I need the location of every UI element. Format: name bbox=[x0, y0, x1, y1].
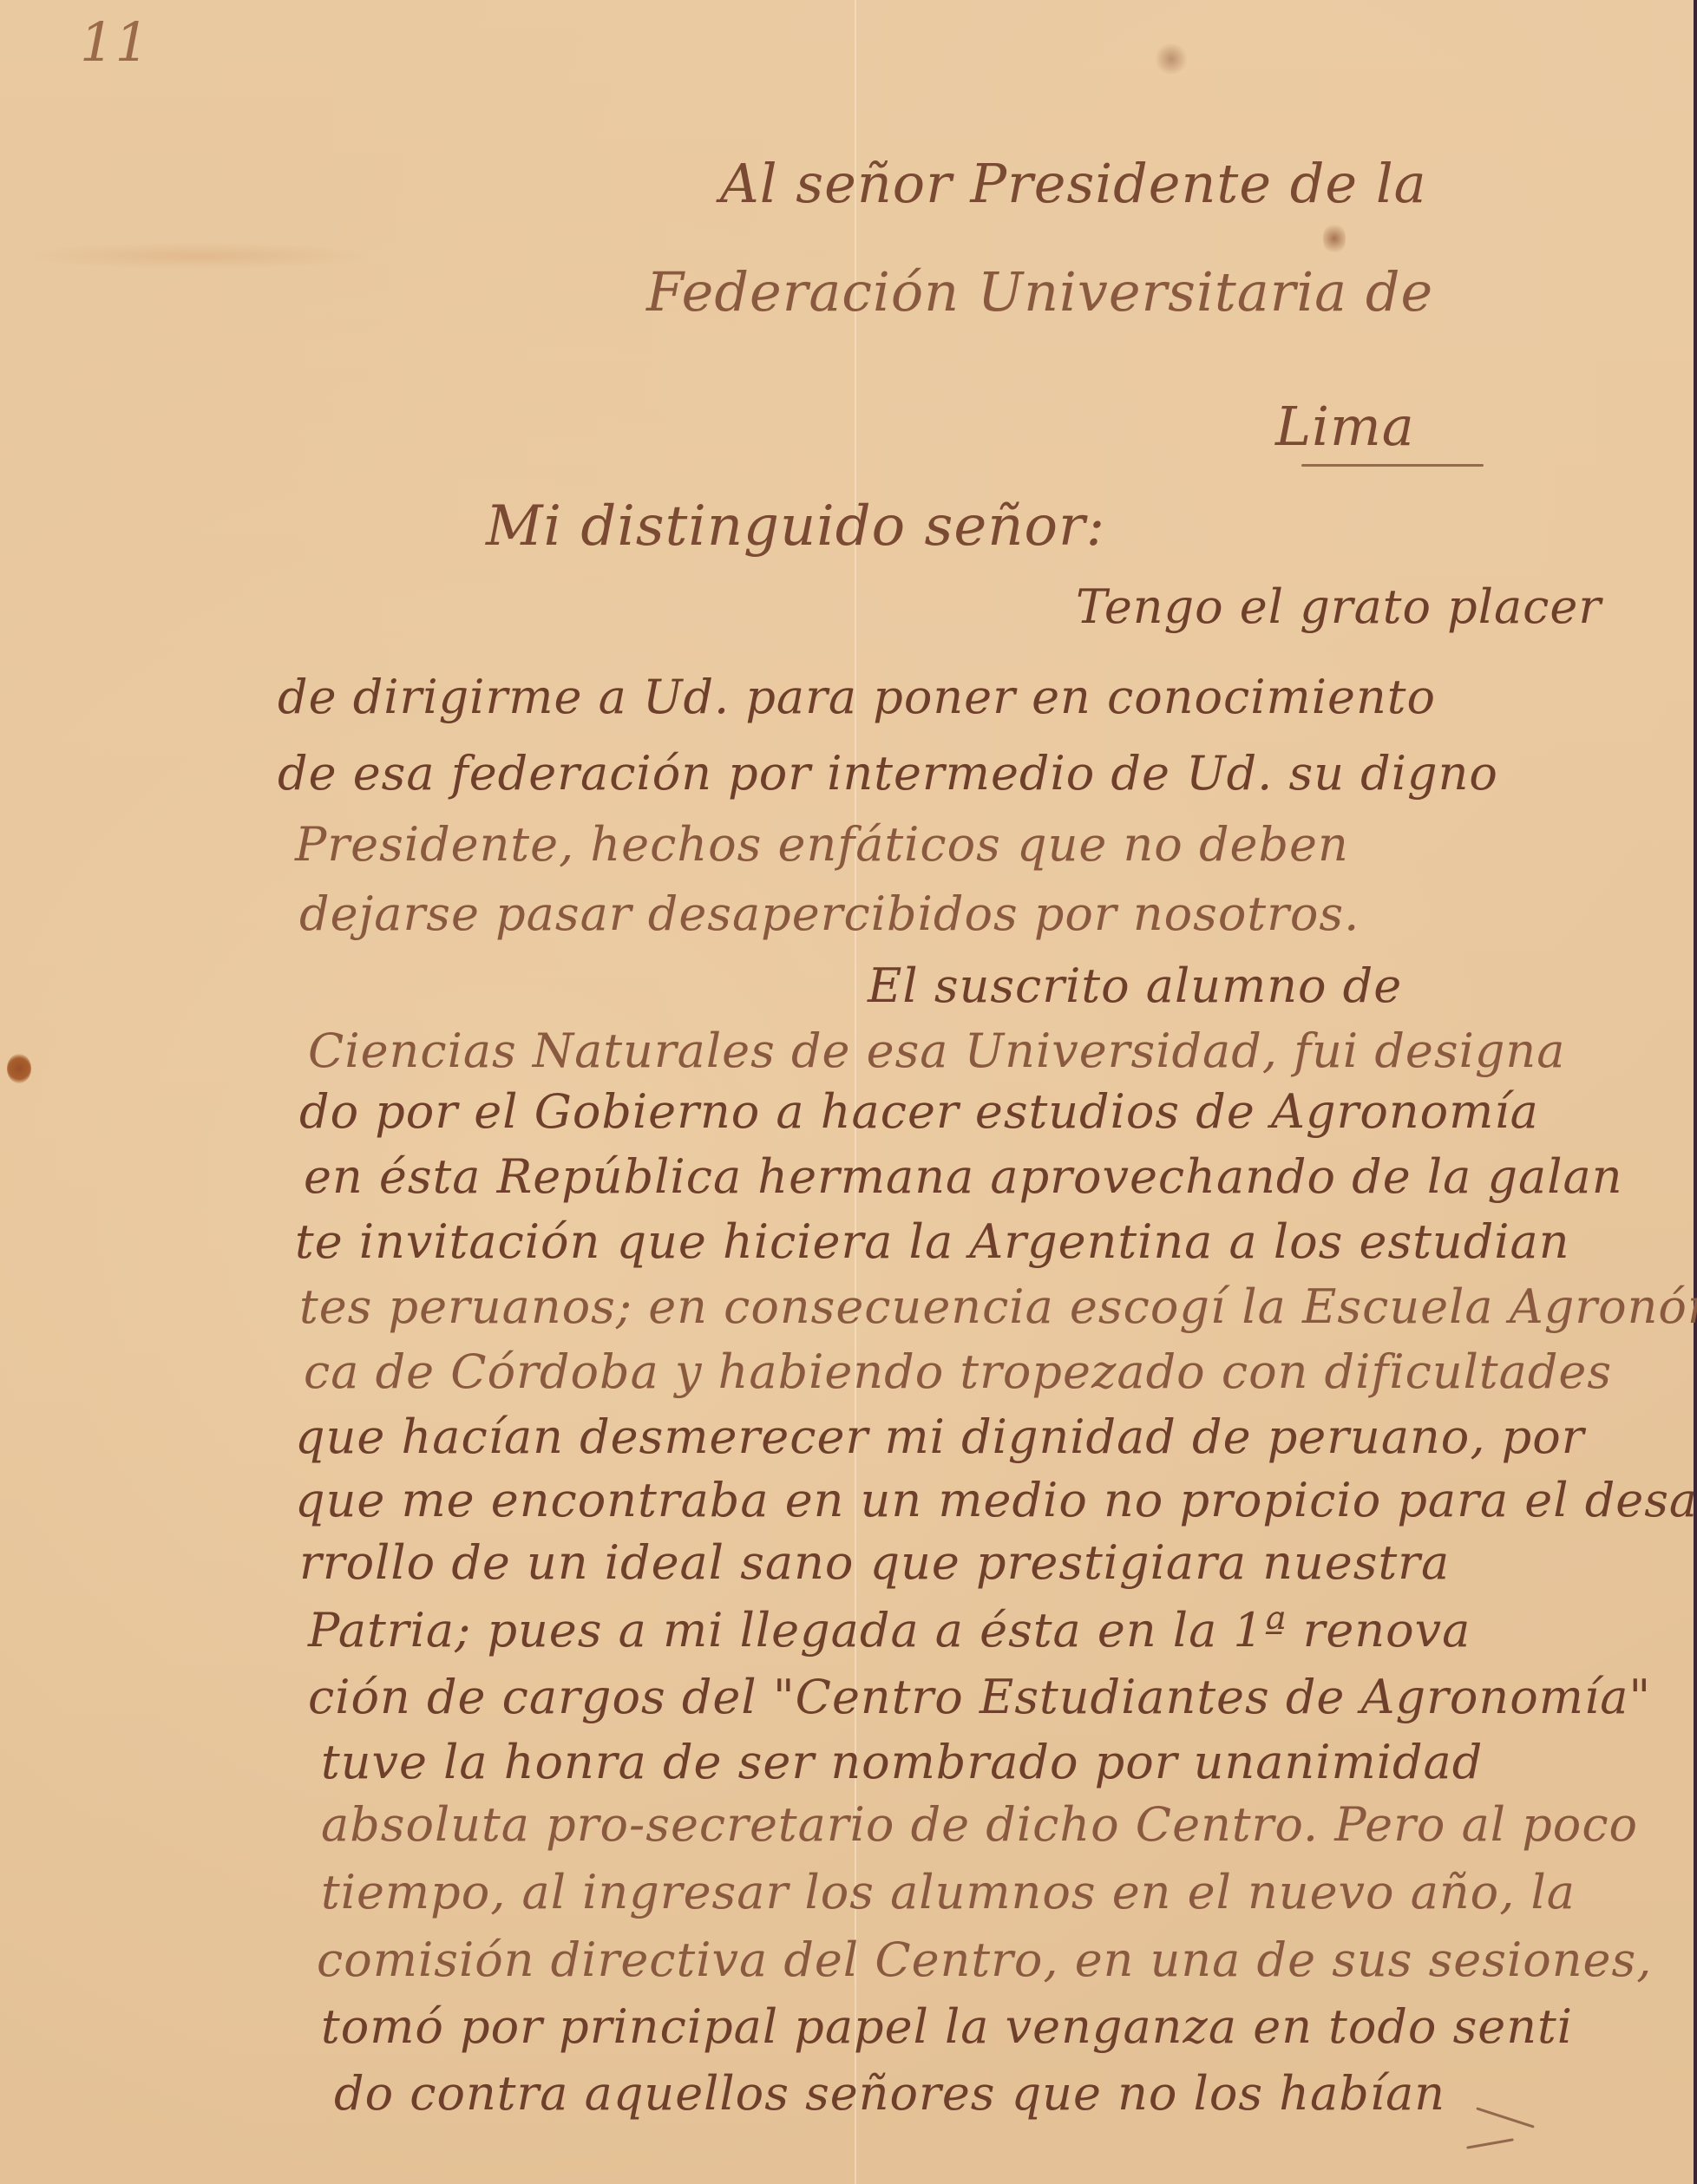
body-line: tes peruanos; en consecuencia escogí la … bbox=[299, 1279, 1697, 1334]
address-line-1: Al señor Presidente de la bbox=[720, 152, 1427, 215]
address-line-2: Federación Universitaria de bbox=[646, 260, 1433, 324]
body-line: tuve la honra de ser nombrado por unanim… bbox=[321, 1735, 1483, 1789]
body-line: Patria; pues a mi llegada a ésta en la 1… bbox=[308, 1603, 1471, 1658]
body-line: comisión directiva del Centro, en una de… bbox=[317, 1932, 1652, 1987]
body-line: te invitación que hiciera la Argentina a… bbox=[295, 1214, 1570, 1269]
body-line: de esa federación por intermedio de Ud. … bbox=[278, 746, 1498, 801]
page-number: 11 bbox=[80, 10, 150, 74]
body-line: absoluta pro-secretario de dicho Centro.… bbox=[321, 1797, 1638, 1852]
body-line: en ésta República hermana aprovechando d… bbox=[304, 1149, 1623, 1204]
body-line: que hacían desmerecer mi dignidad de per… bbox=[295, 1409, 1585, 1464]
body-line: ción de cargos del "Centro Estudiantes d… bbox=[308, 1670, 1651, 1724]
underline-stroke bbox=[1301, 464, 1484, 467]
body-line: El suscrito alumno de bbox=[868, 958, 1402, 1013]
body-line: ca de Córdoba y habiendo tropezado con d… bbox=[304, 1344, 1612, 1399]
body-line: do por el Gobierno a hacer estudios de A… bbox=[299, 1084, 1539, 1139]
page-edge bbox=[1694, 0, 1697, 2184]
ink-stain bbox=[1323, 221, 1346, 256]
paper-discoloration bbox=[35, 243, 364, 269]
address-line-3: Lima bbox=[1275, 395, 1415, 458]
pen-stroke bbox=[1476, 2107, 1535, 2128]
body-line: Presidente, hechos enfáticos que no debe… bbox=[295, 817, 1349, 872]
body-line: do contra aquellos señores que no los ha… bbox=[334, 2066, 1445, 2121]
body-line: tomó por principal papel la venganza en … bbox=[321, 1999, 1573, 2054]
body-line: Ciencias Naturales de esa Universidad, f… bbox=[308, 1023, 1565, 1078]
body-line: que me encontraba en un medio no propici… bbox=[295, 1473, 1697, 1527]
body-line: rrollo de un ideal sano que prestigiara … bbox=[299, 1535, 1450, 1590]
body-line: Tengo el grato placer bbox=[1076, 579, 1602, 634]
ink-stain bbox=[1154, 43, 1189, 75]
pen-stroke bbox=[1466, 2138, 1514, 2149]
salutation: Mi distinguido señor: bbox=[486, 494, 1105, 559]
body-line: de dirigirme a Ud. para poner en conocim… bbox=[278, 670, 1436, 724]
body-line: dejarse pasar desapercibidos por nosotro… bbox=[299, 886, 1360, 941]
body-line: tiempo, al ingresar los alumnos en el nu… bbox=[321, 1865, 1576, 1919]
ink-stain bbox=[7, 1054, 31, 1083]
scanned-letter-page: 11 Al señor Presidente de la Federación … bbox=[0, 0, 1697, 2184]
